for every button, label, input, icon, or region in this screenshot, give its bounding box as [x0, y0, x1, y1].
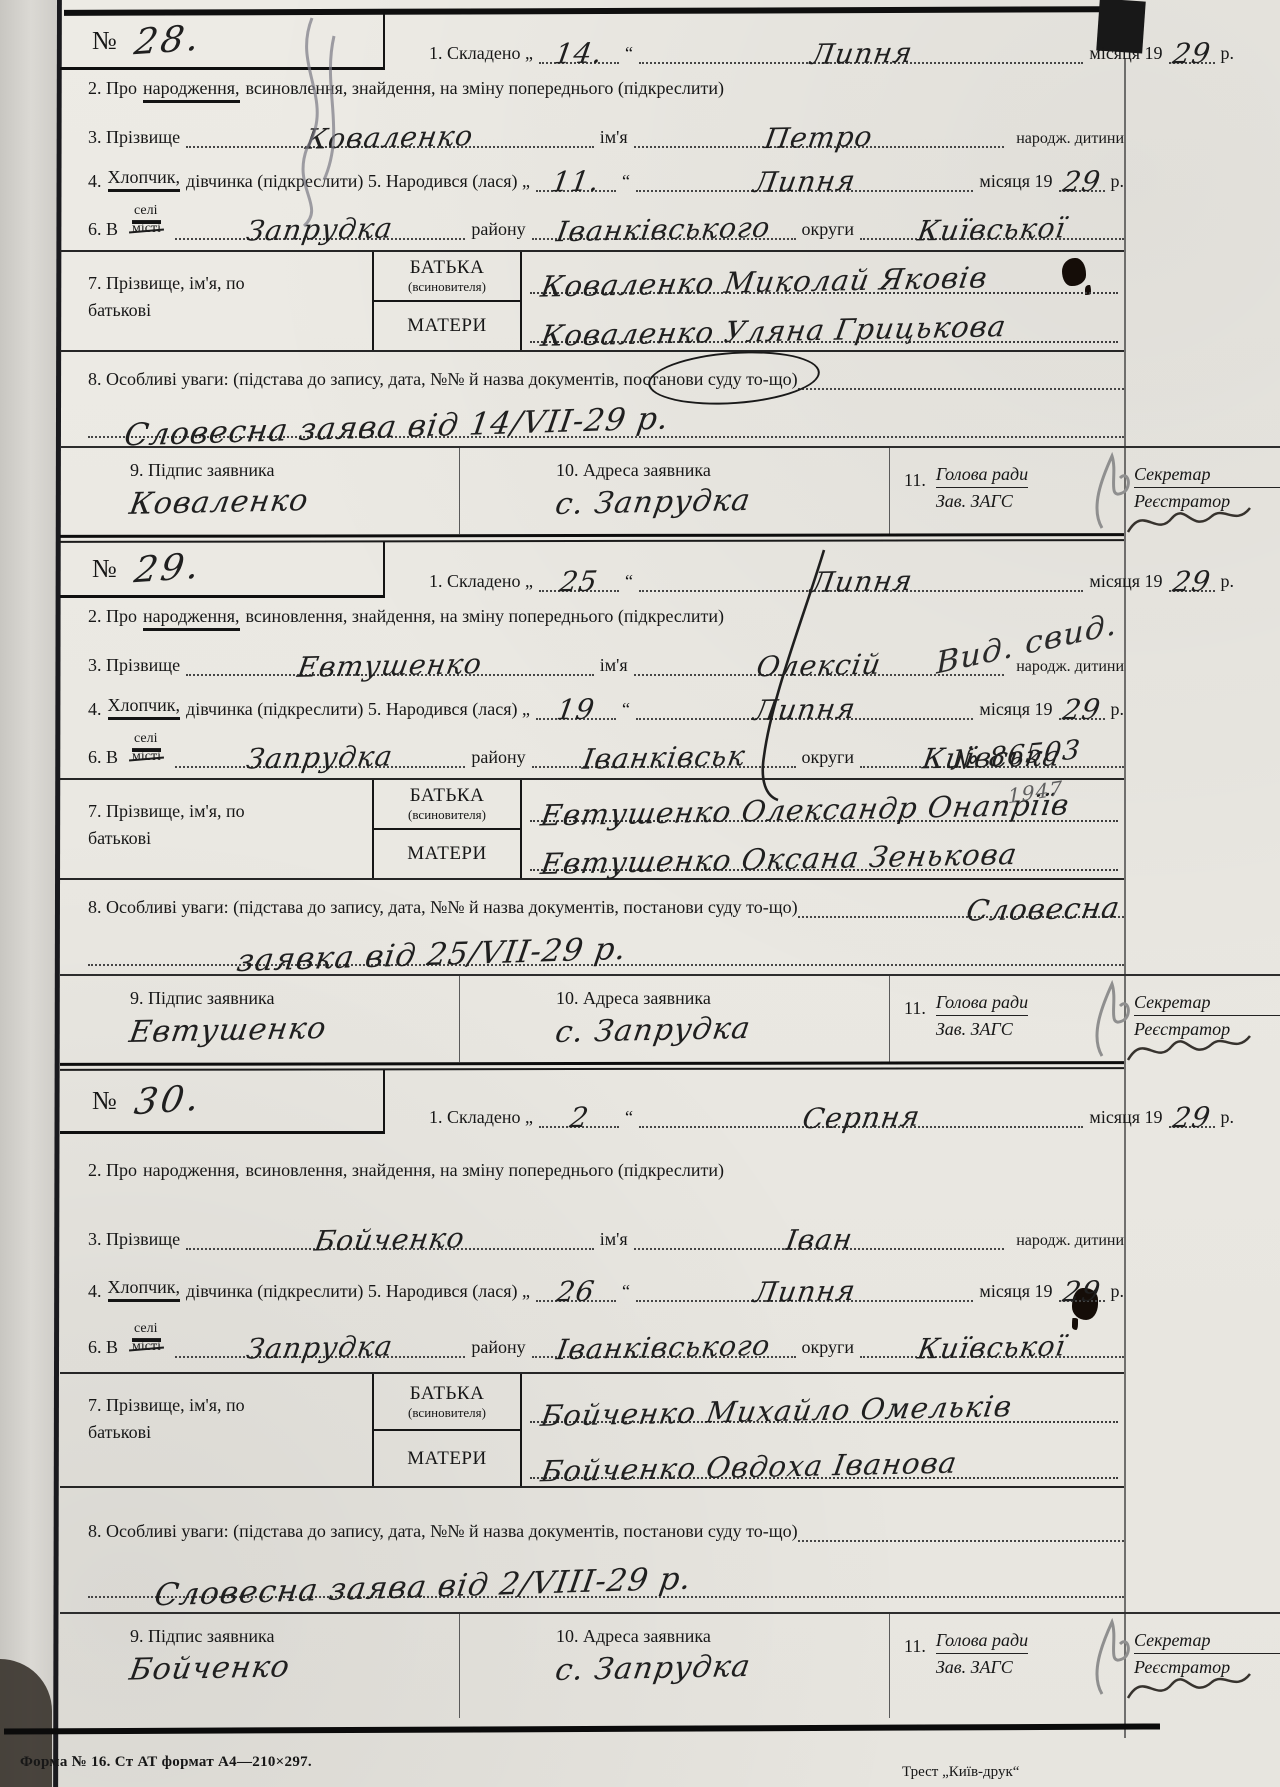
composed-label: 1. Складено „ [429, 43, 533, 64]
secretary-label: Секретар [1134, 992, 1280, 1016]
applicant-signature-handwritten: Евтушенко [127, 1011, 329, 1050]
field2-row: 2. Про народження, всиновлення, знайденн… [60, 606, 1124, 628]
father-label-cell: БАТЬКА (всиновителя) [374, 252, 520, 302]
district-field: Іванківського [532, 1324, 796, 1358]
applicant-address-cell: 10. Адреса заявника с. Запрудка [460, 1614, 890, 1718]
applicant-address-cell: 10. Адреса заявника с. Запрудка [460, 976, 890, 1062]
birth-month-handwritten: Липня [752, 167, 858, 197]
secretary-cell: Секретар Реєстратор [1130, 1614, 1280, 1718]
seli-option: селі [132, 1321, 161, 1339]
surname-label: 3. Прізвище [88, 127, 180, 148]
misti-option-struck: місті [132, 221, 161, 238]
quote-close: “ [625, 1107, 633, 1128]
council-head-labels: Голова ради Зав. ЗАГС [936, 1630, 1028, 1718]
year-field: 29 [1169, 30, 1215, 64]
field7-label: 7. Прізвище, ім'я, по батькові [60, 252, 372, 350]
month-label: місяця 19 [979, 1281, 1052, 1302]
district-field: Іванківського [532, 206, 796, 240]
seli-option: селі [132, 203, 161, 221]
seli-misti-choice: селі місті [132, 731, 161, 768]
zags-label: Зав. ЗАГС [936, 488, 1028, 512]
record-header-row: № 30. 1. Складено „ 2 “ Серпня місяця 19… [60, 1070, 1280, 1134]
mother-label-cell: МАТЕРИ [374, 1431, 520, 1486]
year-suffix-label: р. [1221, 571, 1235, 592]
field6-label: 6. В [88, 219, 118, 240]
parents-label-box: БАТЬКА (всиновителя) МАТЕРИ [372, 1374, 522, 1486]
signatures-section: 9. Підпис заявника Бойченко 10. Адреса з… [60, 1612, 1280, 1718]
field2-label-rest: всиновлення, знайдення, на зміну поперед… [246, 1160, 725, 1181]
field3-row: 3. Прізвище Бойченко ім'я Іван народж. д… [60, 1206, 1124, 1250]
year-handwritten: 29 [1170, 1104, 1212, 1133]
field6-label: 6. В [88, 1337, 118, 1358]
composed-label: 1. Складено „ [429, 1107, 533, 1128]
okruga-field: Київської [860, 1324, 1124, 1358]
village-field: Запрудка [175, 1324, 465, 1358]
applicant-signature-handwritten: Бойченко [127, 1649, 293, 1687]
record-number-handwritten: 30. [131, 1078, 204, 1124]
child-birth-label: народж. дитини [1010, 130, 1124, 148]
quote-close: “ [625, 571, 633, 592]
mother-label: МАТЕРИ [407, 1448, 486, 1470]
secretary-signature-flourish [1124, 1024, 1254, 1070]
birth-year-field: 29 [1059, 158, 1105, 192]
mother-name-handwritten: Коваленко Уляна Грицькова [539, 309, 1009, 353]
given-name-label: ім'я [600, 127, 628, 148]
year-handwritten: 29 [1170, 40, 1212, 69]
birth-day-field: 11. [536, 158, 616, 192]
father-name-row: Бойченко Михайло Омельків [522, 1374, 1124, 1430]
record-29: Вид. свид. № 86503 1947 № 29. 1. Складен… [60, 542, 1280, 1062]
signatures-section: 9. Підпис заявника Евтушенко 10. Адреса … [60, 974, 1280, 1062]
field2-row: 2. Про народження, всиновлення, знайденн… [60, 1160, 1124, 1182]
birth-month-handwritten: Липня [752, 1277, 858, 1307]
field10-label: 10. Адреса заявника [556, 988, 889, 1009]
mother-label: МАТЕРИ [407, 315, 486, 337]
seli-misti-choice: селі місті [132, 203, 161, 240]
form-content: № 28. 1. Складено „ 14. “ Липня місяця 1… [60, 14, 1280, 1718]
field7-label-text: 7. Прізвище, ім'я, по батькові [88, 270, 268, 324]
record-header-row: № 28. 1. Складено „ 14. “ Липня місяця 1… [60, 14, 1280, 70]
parents-section: 7. Прізвище, ім'я, по батькові БАТЬКА (в… [60, 250, 1124, 352]
birth-year-handwritten: 29 [1060, 168, 1102, 197]
field10-label: 10. Адреса заявника [556, 460, 889, 481]
birth-month-field: Липня [636, 158, 973, 192]
record-number-box: № 30. [60, 1070, 385, 1134]
no-label: № [92, 26, 117, 56]
field2-label: 2. Про [88, 78, 137, 99]
secretary-cell: Секретар Реєстратор [1130, 976, 1280, 1062]
stray-pen-stroke [720, 546, 840, 806]
given-name-handwritten: Іван [783, 1225, 854, 1254]
surname-handwritten: Бойченко [313, 1224, 467, 1255]
parents-section: 7. Прізвище, ім'я, по батькові БАТЬКА (в… [60, 1372, 1124, 1488]
field2-row: 2. Про народження, всиновлення, знайденн… [60, 78, 1124, 100]
applicant-address-handwritten: с. Запрудка [553, 1649, 753, 1688]
month-label: місяця 19 [1089, 571, 1162, 592]
field4-underlined-word: Хлопчик, [108, 1277, 181, 1302]
field6-row: 6. В селі місті Запрудка району Іванківс… [60, 196, 1124, 240]
no-label: № [92, 554, 117, 584]
birth-day-field: 19 [536, 686, 616, 720]
applicant-signature-cell: 9. Підпис заявника Евтушенко [60, 976, 460, 1062]
rayon-label: району [471, 219, 525, 240]
field2-underlined-word: народження, [143, 606, 240, 631]
council-head-labels: Голова ради Зав. ЗАГС [936, 464, 1028, 534]
remarks-fill-line [798, 366, 1124, 390]
quote-close: “ [622, 699, 630, 720]
zags-label: Зав. ЗАГС [936, 1016, 1028, 1040]
surname-label: 3. Прізвище [88, 655, 180, 676]
district-handwritten: Іванківського [555, 214, 773, 246]
secretary-signature-flourish [1124, 496, 1254, 542]
parents-label-box: БАТЬКА (всиновителя) МАТЕРИ [372, 780, 522, 878]
field2-underlined-word: народження, [143, 78, 240, 103]
quote-close: “ [622, 1281, 630, 1302]
parents-section: 7. Прізвище, ім'я, по батькові БАТЬКА (в… [60, 778, 1124, 880]
year-suffix-label: р. [1111, 699, 1125, 720]
birth-year-handwritten: 29 [1060, 696, 1102, 725]
field4-underlined-word: Хлопчик, [108, 167, 181, 192]
father-label-cell: БАТЬКА (всиновителя) [374, 1374, 520, 1431]
surname-field: Евтушенко [186, 642, 594, 676]
seli-option: селі [132, 731, 161, 749]
print-house-footer: Трест „Київ-друк“ [902, 1764, 1019, 1781]
birth-day-handwritten: 11. [550, 168, 602, 197]
composed-day-field: 25 [539, 558, 619, 592]
field4-label: 4. [88, 1281, 102, 1302]
okruga-field: Київської [860, 206, 1124, 240]
father-label: БАТЬКА [410, 785, 485, 807]
father-name-handwritten: Коваленко Миколай Яковів [539, 260, 991, 303]
zags-label: Зав. ЗАГС [936, 1654, 1028, 1678]
father-name-handwritten: Бойченко Михайло Омельків [539, 1389, 1015, 1433]
okruga-handwritten: Київської [916, 1332, 1068, 1363]
remarks-value-line: заявка від 25/VII-29 р. [88, 920, 1124, 966]
remarks-section: 8. Особливі уваги: (підстава до запису, … [60, 362, 1124, 438]
birth-year-handwritten: 29 [1060, 1278, 1102, 1307]
birth-year-field: 29 [1059, 686, 1105, 720]
mother-name-row: Бойченко Овдоха Іванова [522, 1430, 1124, 1486]
secretary-label: Секретар [1134, 1630, 1280, 1654]
mother-name-handwritten: Бойченко Овдоха Іванова [539, 1446, 960, 1489]
field4-label: 4. [88, 699, 102, 720]
misti-option-struck: місті [132, 749, 161, 766]
field4-5-row: 4. Хлопчик, дівчинка (підкреслити) 5. На… [60, 1264, 1124, 1302]
field6-label: 6. В [88, 747, 118, 768]
form-number-footer: Форма № 16. Ст АТ формат А4—210×297. [20, 1754, 312, 1771]
field11-label: 11. [904, 470, 926, 534]
field7-label-text: 7. Прізвище, ім'я, по батькові [88, 1392, 268, 1446]
council-head-label: Голова ради [936, 992, 1028, 1016]
child-birth-label: народж. дитини [1010, 1232, 1124, 1250]
birth-day-handwritten: 26 [555, 1278, 597, 1307]
remarks-fill-line [798, 1518, 1124, 1542]
surname-field: Бойченко [186, 1216, 594, 1250]
applicant-signature-cell: 9. Підпис заявника Коваленко [60, 448, 460, 534]
field4-label-rest: дівчинка (підкреслити) 5. Народився (лас… [186, 1281, 530, 1302]
year-suffix-label: р. [1111, 171, 1125, 192]
seli-misti-choice: селі місті [132, 1321, 161, 1358]
village-handwritten: Запрудка [245, 742, 395, 773]
mother-name-row: Евтушенко Оксана Зенькова [522, 829, 1124, 878]
rayon-label: району [471, 747, 525, 768]
field9-label: 9. Підпис заявника [130, 460, 459, 481]
village-handwritten: Запрудка [245, 1332, 395, 1363]
given-name-handwritten: Петро [763, 123, 875, 153]
council-head-cell: 11. Голова ради Зав. ЗАГС [890, 976, 1130, 1062]
village-field: Запрудка [175, 734, 465, 768]
no-label: № [92, 1086, 117, 1116]
field11-label: 11. [904, 998, 926, 1062]
council-head-labels: Голова ради Зав. ЗАГС [936, 992, 1028, 1062]
field2-label-rest: всиновлення, знайдення, на зміну поперед… [246, 606, 725, 627]
stray-pencil-scribble [252, 8, 372, 230]
field7-label: 7. Прізвище, ім'я, по батькові [60, 780, 372, 878]
birth-month-field: Липня [636, 1268, 973, 1302]
applicant-signature-cell: 9. Підпис заявника Бойченко [60, 1614, 460, 1718]
rayon-label: району [471, 1337, 525, 1358]
scan-left-edge [0, 0, 56, 1787]
secretary-signature-flourish [1124, 1662, 1254, 1708]
given-name-label: ім'я [600, 655, 628, 676]
composed-day-field: 14. [539, 30, 619, 64]
composed-label: 1. Складено „ [429, 571, 533, 592]
year-field: 29 [1169, 1094, 1215, 1128]
applicant-signature-handwritten: Коваленко [127, 483, 311, 522]
field7-label: 7. Прізвище, ім'я, по батькові [60, 1374, 372, 1486]
remarks-section: 8. Особливі уваги: (підстава до запису, … [60, 890, 1124, 966]
okruga-label: округи [802, 219, 855, 240]
record-28: № 28. 1. Складено „ 14. “ Липня місяця 1… [60, 14, 1280, 534]
okruga-label: округи [802, 1337, 855, 1358]
council-head-cell: 11. Голова ради Зав. ЗАГС [890, 1614, 1130, 1718]
mother-label: МАТЕРИ [407, 843, 486, 865]
council-head-cell: 11. Голова ради Зав. ЗАГС [890, 448, 1130, 534]
surname-handwritten: Евтушенко [296, 650, 485, 682]
remarks-handwritten: Словесна заява від 2/VIII-29 р. [152, 1561, 694, 1614]
year-handwritten: 29 [1170, 568, 1212, 597]
month-label: місяця 19 [979, 171, 1052, 192]
district-handwritten: Іванківського [555, 1332, 773, 1364]
record-30: № 30. 1. Складено „ 2 “ Серпня місяця 19… [60, 1070, 1280, 1718]
signatures-section: 9. Підпис заявника Коваленко 10. Адреса … [60, 446, 1280, 534]
composed-month-field: Липня [639, 30, 1083, 64]
surname-field: Коваленко [186, 114, 594, 148]
composed-line: 1. Складено „ 2 “ Серпня місяця 19 29 р. [385, 1070, 1280, 1134]
remarks-section: 8. Особливі уваги: (підстава до запису, … [60, 1514, 1124, 1598]
given-name-field: Іван [634, 1216, 1005, 1250]
remarks-label: 8. Особливі уваги: (підстава до запису, … [88, 1521, 798, 1542]
applicant-address-handwritten: с. Запрудка [553, 483, 753, 522]
misti-option-struck: місті [132, 1339, 161, 1356]
mother-name-handwritten: Евтушенко Оксана Зенькова [539, 837, 1020, 881]
remarks-handwritten: заявка від 25/VII-29 р. [234, 931, 629, 979]
field6-row: 6. В селі місті Запрудка району Іванківс… [60, 1314, 1124, 1358]
father-name-row: Коваленко Миколай Яковів [522, 252, 1124, 301]
parents-label-box: БАТЬКА (всиновителя) МАТЕРИ [372, 252, 522, 350]
field3-row: 3. Прізвище Коваленко ім'я Петро народж.… [60, 108, 1124, 148]
quote-close: “ [625, 43, 633, 64]
record-header-row: № 29. 1. Складено „ 25 “ Липня місяця 19… [60, 542, 1280, 598]
quote-close: “ [622, 171, 630, 192]
field7-label-text: 7. Прізвище, ім'я, по батькові [88, 798, 268, 852]
council-head-label: Голова ради [936, 1630, 1028, 1654]
field9-label: 9. Підпис заявника [130, 988, 459, 1009]
birth-year-field: 29 [1059, 1268, 1105, 1302]
composed-month-handwritten: Серпня [800, 1103, 922, 1133]
parents-values: Коваленко Миколай Яковів Коваленко Уляна… [522, 252, 1124, 350]
field2-label: 2. Про [88, 606, 137, 627]
father-label: БАТЬКА [410, 257, 485, 279]
given-name-field: Петро [634, 114, 1005, 148]
mother-label-cell: МАТЕРИ [374, 830, 520, 878]
composed-day-field: 2 [539, 1094, 619, 1128]
composed-month-field: Серпня [639, 1094, 1083, 1128]
composed-day-handwritten: 14. [553, 40, 605, 69]
mother-label-cell: МАТЕРИ [374, 302, 520, 350]
remarks-label-row: 8. Особливі уваги: (підстава до запису, … [88, 1514, 1124, 1542]
year-suffix-label: р. [1221, 1107, 1235, 1128]
parents-values: Бойченко Михайло Омельків Бойченко Овдох… [522, 1374, 1124, 1486]
remarks-label-row: 8. Особливі уваги: (підстава до запису, … [88, 362, 1124, 390]
adopter-label: (всиновителя) [408, 279, 486, 295]
field4-5-row: 4. Хлопчик, дівчинка (підкреслити) 5. На… [60, 154, 1124, 192]
composed-line: 1. Складено „ 14. “ Липня місяця 19 29 р… [385, 14, 1280, 70]
composed-day-handwritten: 25 [558, 568, 600, 597]
remarks-value-line: Словесна заява від 2/VIII-29 р. [88, 1544, 1124, 1598]
field11-label: 11. [904, 1636, 926, 1718]
field4-underlined-word: Хлопчик, [108, 695, 181, 720]
year-field: 29 [1169, 558, 1215, 592]
birth-day-field: 26 [536, 1268, 616, 1302]
composed-month-field: Липня [639, 558, 1083, 592]
applicant-address-handwritten: с. Запрудка [553, 1011, 753, 1050]
surname-label: 3. Прізвище [88, 1229, 180, 1250]
mother-name-row: Коваленко Уляна Грицькова [522, 301, 1124, 350]
field10-label: 10. Адреса заявника [556, 1626, 889, 1647]
remarks-label: 8. Особливі уваги: (підстава до запису, … [88, 897, 798, 918]
given-name-label: ім'я [600, 1229, 628, 1250]
composed-month-handwritten: Липня [808, 39, 914, 69]
okruga-handwritten: Київської [916, 214, 1068, 245]
year-suffix-label: р. [1221, 43, 1235, 64]
month-label: місяця 19 [979, 699, 1052, 720]
remarks-value-line: Словесна заява від 14/VII-29 р. [88, 392, 1124, 438]
remarks-fill-line: Словесна [798, 894, 1124, 918]
field4-label: 4. [88, 171, 102, 192]
month-label: місяця 19 [1089, 43, 1162, 64]
applicant-address-cell: 10. Адреса заявника с. Запрудка [460, 448, 890, 534]
field2-label: 2. Про [88, 1160, 137, 1181]
father-label-cell: БАТЬКА (всиновителя) [374, 780, 520, 830]
field9-label: 9. Підпис заявника [130, 1626, 459, 1647]
adopter-label: (всиновителя) [408, 1405, 486, 1421]
year-suffix-label: р. [1111, 1281, 1125, 1302]
field2-word: народження, [143, 1160, 240, 1181]
field4-label-rest: дівчинка (підкреслити) 5. Народився (лас… [186, 699, 530, 720]
secretary-cell: Секретар Реєстратор [1130, 448, 1280, 534]
month-label: місяця 19 [1089, 1107, 1162, 1128]
record-number-box: № 29. [60, 542, 385, 598]
field4-5-row: 4. Хлопчик, дівчинка (підкреслити) 5. На… [60, 682, 1124, 720]
secretary-label: Секретар [1134, 464, 1280, 488]
council-head-label: Голова ради [936, 464, 1028, 488]
father-label: БАТЬКА [410, 1383, 485, 1405]
record-number-handwritten: 28. [131, 18, 204, 64]
adopter-label: (всиновителя) [408, 807, 486, 823]
record-number-handwritten: 29. [131, 546, 204, 592]
birth-day-handwritten: 19 [555, 696, 597, 725]
composed-day-handwritten: 2 [567, 1104, 590, 1132]
remarks-label-row: 8. Особливі уваги: (підстава до запису, … [88, 890, 1124, 918]
